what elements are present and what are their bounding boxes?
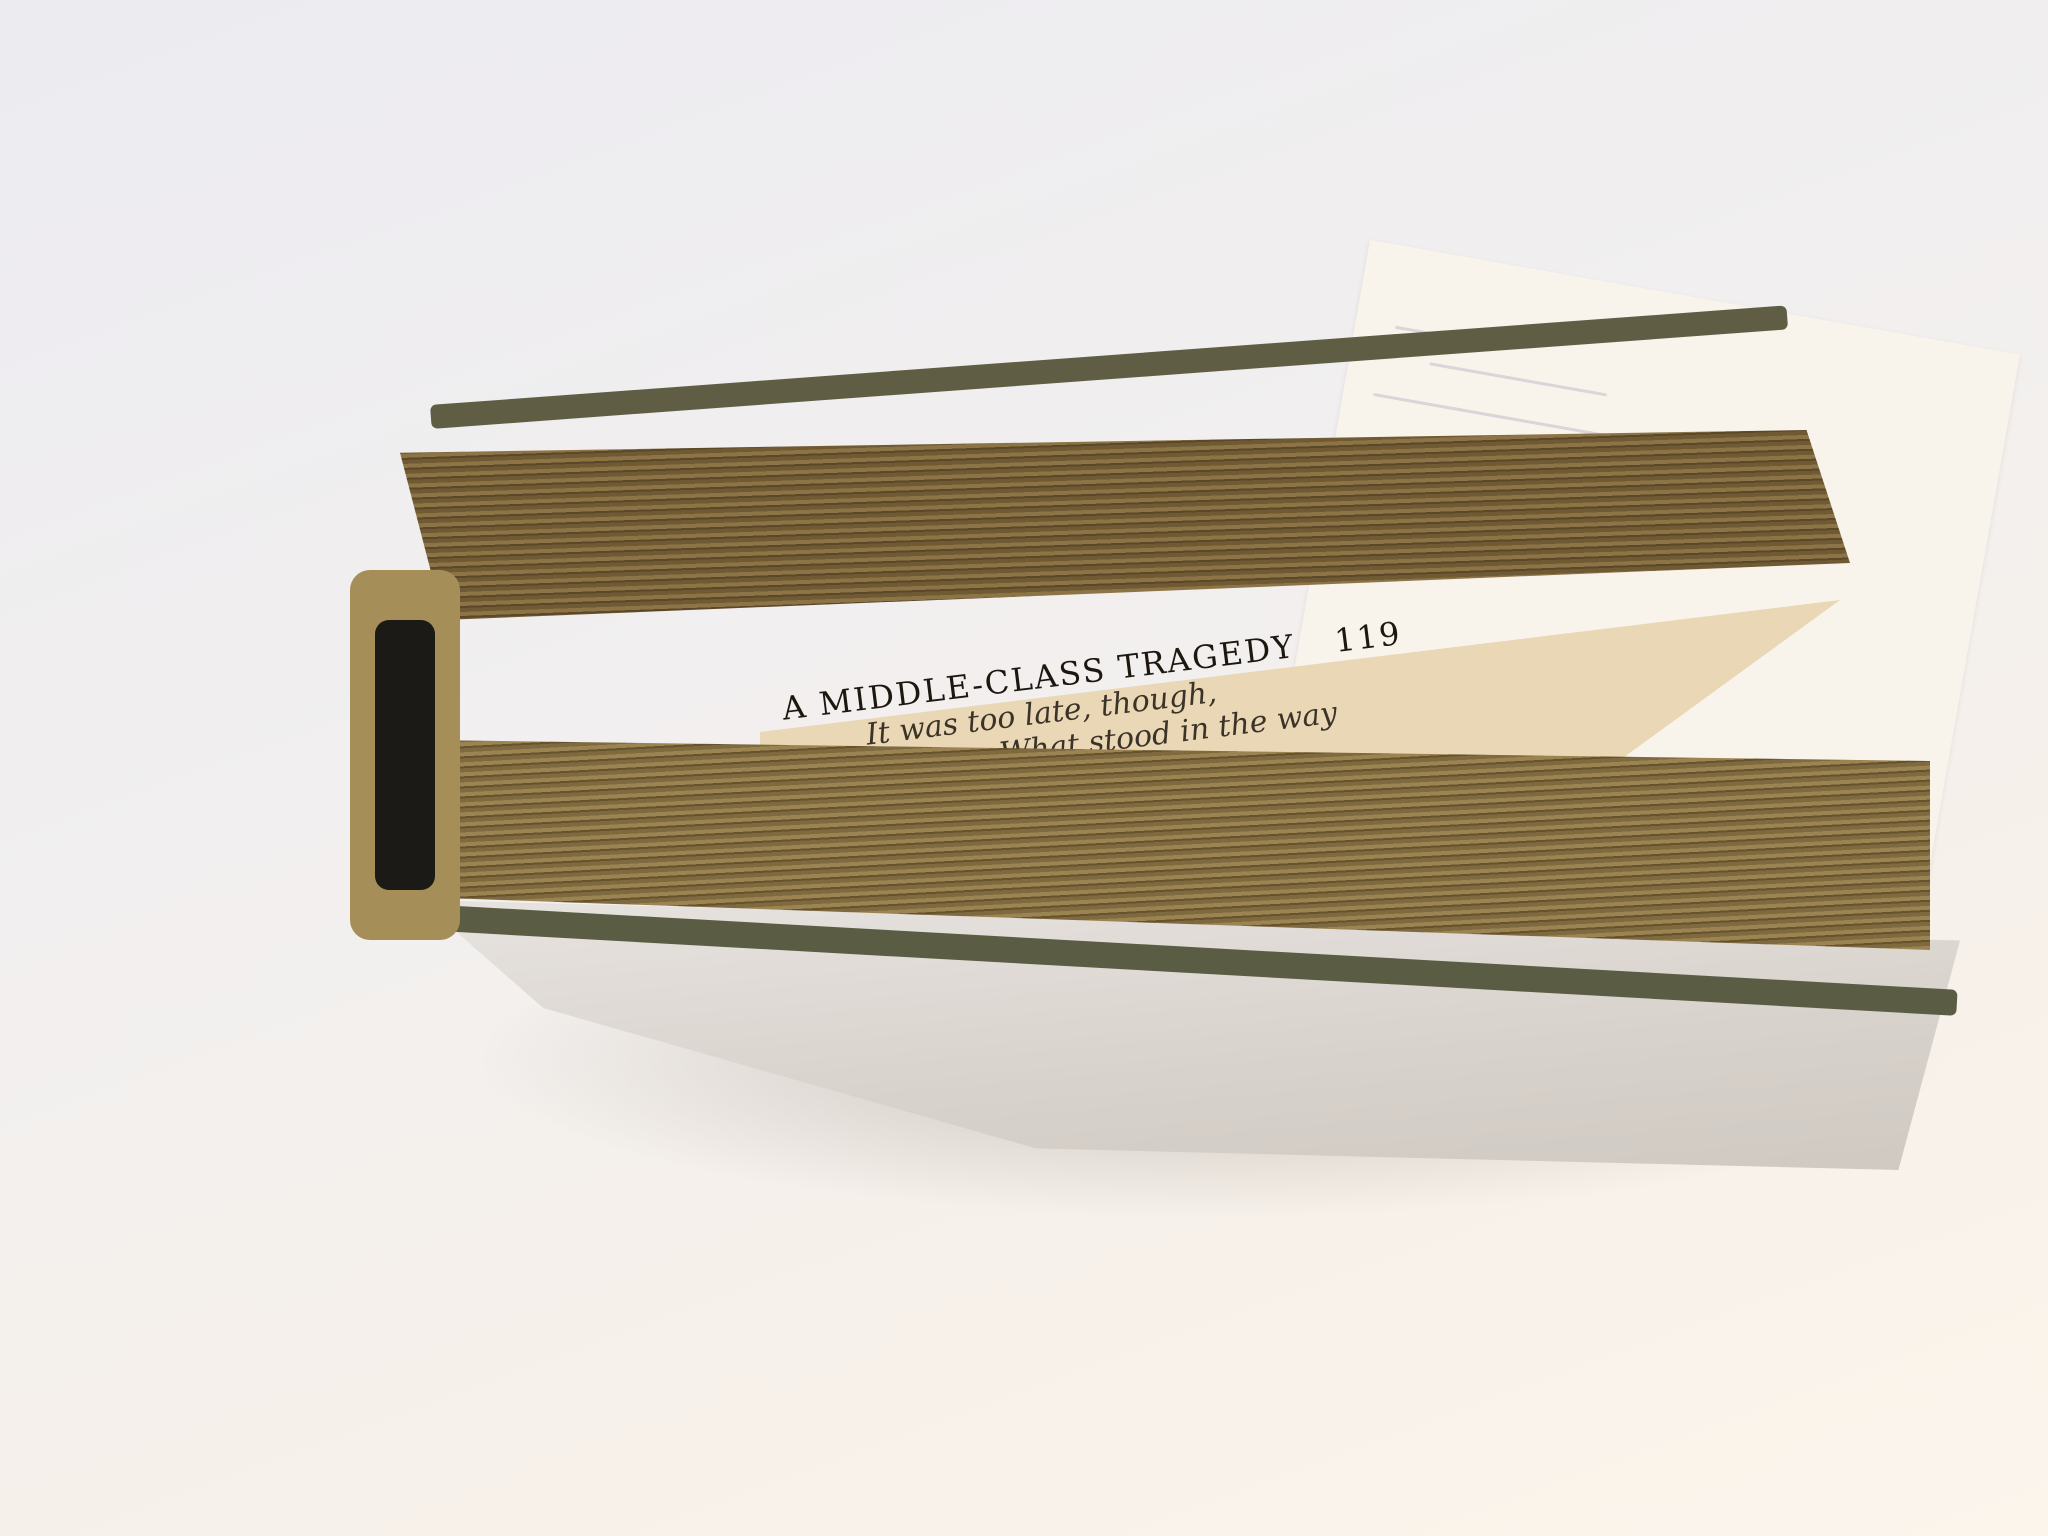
card-text-line bbox=[1429, 362, 1607, 396]
spine-hollow bbox=[375, 620, 435, 890]
